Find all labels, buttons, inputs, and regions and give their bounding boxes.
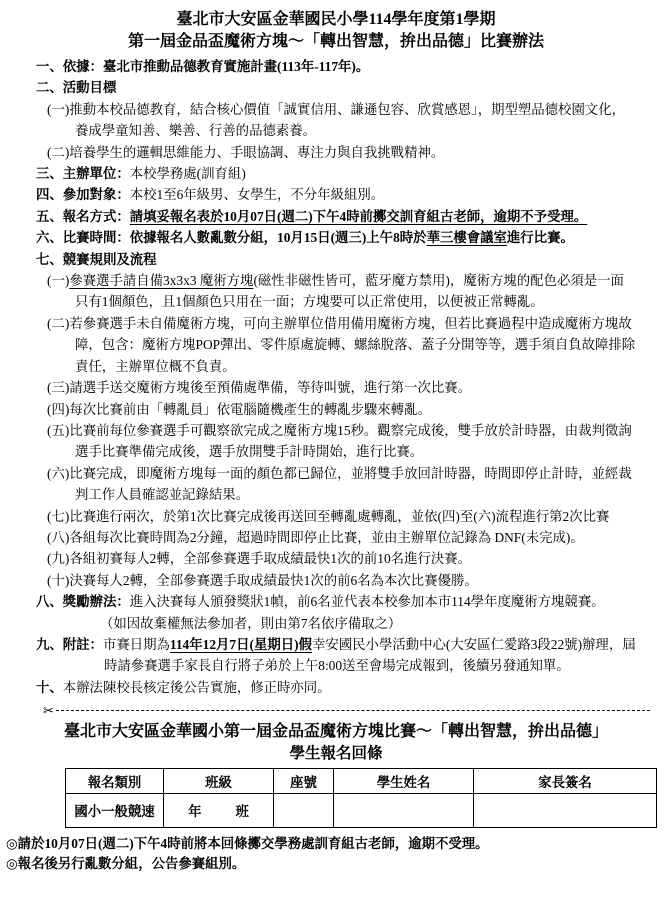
reply-note-1: ◎請於10月07日(週二)下午4時前將本回條擲交學務處訓育組古老師，逾期不受理。 — [6, 834, 636, 854]
goal-item-2: (二)培養學生的邏輯思維能力、手眼協調、專注力與自我挑戰精神。 — [47, 142, 636, 163]
header-cell-student-name: 學生姓名 — [334, 769, 474, 794]
cell-seat — [274, 794, 334, 828]
section-organizer: 三、主辦單位：本校學務處(訓育組) — [36, 163, 636, 184]
document-title-line2: 第一屆金品盃魔術方塊～「轉出智慧，拚出品德」比賽辦法 — [36, 31, 636, 53]
cell-class-ban: 班 — [236, 804, 249, 819]
section-approval-text: 本辦法陳校長核定後公告實施，修正時亦同。 — [63, 680, 331, 695]
rule-item-3: (三)請選手送交魔術方塊後至預備處準備，等待叫號，進行第一次比賽。 — [47, 377, 636, 398]
rule-item-10: (十)決賽每人2轉，全部參賽選手取成績最快1次的前6名為本次比賽優勝。 — [47, 570, 636, 591]
document-body: 一、依據：臺北市推動品德教育實施計畫(113年-117年)。 二、活動目標 (一… — [36, 56, 636, 698]
rule-item-1-underlined: 參賽選手請自備3x3x3 魔術方塊 — [69, 273, 253, 288]
table-header-row: 報名類別 班級 座號 學生姓名 家長簽名 — [66, 769, 657, 794]
section-awards-label: 八、獎勵辦法： — [36, 594, 130, 609]
rule-item-1: (一)參賽選手請自備3x3x3 魔術方塊(磁性非磁性皆可，藍牙魔方禁用)，魔術方… — [47, 270, 636, 313]
reply-note-2: ◎報名後另行亂數分組，公告參賽組別。 — [6, 854, 636, 874]
header-cell-category: 報名類別 — [66, 769, 164, 794]
rule-item-5: (五)比賽前每位參賽選手可觀察欲完成之魔術方塊15秒。觀察完成後，雙手放於計時器… — [47, 420, 636, 463]
awards-note: （如因故棄權無法參加者，則由第7名依序備取之） — [100, 613, 636, 634]
document-page: 臺北市大安區金華國民小學114學年度第1學期 第一屆金品盃魔術方塊～「轉出智慧，… — [0, 0, 664, 873]
table-data-row: 國小一般競速 年班 — [66, 794, 657, 828]
cut-dashed-line — [56, 710, 650, 711]
section-registration: 五、報名方式：請填妥報名表於10月07日(週二)下午4時前擲交訓育組古老師，逾期… — [36, 206, 636, 227]
section-registration-text: 請填妥報名表於10月07日(週二)下午4時前擲交訓育組古老師，逾期不予受理。 — [130, 209, 588, 224]
rule-item-8: (八)各組每次比賽時間為2分鐘，超過時間即停止比賽，並由主辦單位記錄為 DNF(… — [47, 527, 636, 548]
section-time-venue: 華三樓會議室 — [427, 230, 507, 245]
section-time-text-pre: 依據報名人數亂數分組，10月15日(週三)上午8時於 — [130, 230, 427, 245]
section-remarks-pre: 市賽日期為 — [103, 637, 170, 652]
header-cell-class: 班級 — [164, 769, 274, 794]
reply-form-table: 報名類別 班級 座號 學生姓名 家長簽名 國小一般競速 年班 — [65, 768, 657, 828]
cell-category: 國小一般競速 — [66, 794, 164, 828]
reply-subtitle: 學生報名回條 — [36, 743, 636, 765]
section-awards: 八、獎勵辦法：進入決賽每人頒發獎狀1幀，前6名並代表本校參加本市114學年度魔術… — [36, 591, 636, 612]
reply-notes: ◎請於10月07日(週二)下午4時前將本回條擲交學務處訓育組古老師，逾期不受理。… — [6, 834, 636, 873]
section-approval-label: 十、 — [36, 680, 63, 695]
section-organizer-label: 三、主辦單位： — [36, 166, 130, 181]
header-cell-parent-signature: 家長簽名 — [474, 769, 657, 794]
section-rules-heading: 七、競賽規則及流程 — [36, 249, 636, 270]
section-remarks-label: 九、附註： — [36, 637, 103, 652]
header-cell-seat: 座號 — [274, 769, 334, 794]
cut-line: ✂ — [43, 703, 636, 718]
section-approval: 十、本辦法陳校長核定後公告實施，修正時亦同。 — [36, 677, 636, 698]
section-participants: 四、參加對象：本校1至6年級男、女學生，不分年級組別。 — [36, 184, 636, 205]
rule-item-9: (九)各組初賽每人2轉，全部參賽選手取成績最快1次的前10名進行決賽。 — [47, 548, 636, 569]
section-remarks-date: 114年12月7日(星期日)假 — [170, 637, 312, 652]
section-time-label: 六、比賽時間： — [36, 230, 130, 245]
rule-item-4: (四)每次比賽前由「轉亂員」依電腦隨機產生的轉亂步驟來轉亂。 — [47, 399, 636, 420]
section-awards-text: 進入決賽每人頒發獎狀1幀，前6名並代表本校參加本市114學年度魔術方塊競賽。 — [130, 594, 605, 609]
section-participants-text: 本校1至6年級男、女學生，不分年級組別。 — [130, 187, 384, 202]
section-goals-heading: 二、活動目標 — [36, 77, 636, 98]
scissors-icon: ✂ — [43, 704, 54, 717]
section-basis-label: 一、依據： — [36, 59, 103, 74]
rule-item-7: (七)比賽進行兩次，於第1次比賽完成後再送回至轉亂處轉亂，並依(四)至(六)流程… — [47, 506, 636, 527]
section-participants-label: 四、參加對象： — [36, 187, 130, 202]
section-remarks: 九、附註：市賽日期為114年12月7日(星期日)假幸安國民小學活動中心(大安區仁… — [36, 634, 636, 677]
section-basis: 一、依據：臺北市推動品德教育實施計畫(113年-117年)。 — [36, 56, 636, 77]
cell-class: 年班 — [164, 794, 274, 828]
section-basis-text: 臺北市推動品德教育實施計畫(113年-117年)。 — [103, 59, 369, 74]
cell-class-year: 年 — [188, 804, 201, 819]
document-title-line1: 臺北市大安區金華國民小學114學年度第1學期 — [36, 9, 636, 31]
goal-item-1: (一)推動本校品德教育，結合核心價值「誠實信用、謙遜包容、欣賞感恩」，期型塑品德… — [47, 99, 636, 142]
cell-student-name — [334, 794, 474, 828]
cell-parent-signature — [474, 794, 657, 828]
rule-item-6: (六)比賽完成，即魔術方塊每一面的顏色都已歸位，並將雙手放回計時器，時間即停止計… — [47, 463, 636, 506]
reply-title: 臺北市大安區金華國小第一屆金品盃魔術方塊比賽～「轉出智慧，拚出品德」 — [36, 720, 636, 743]
rule-item-2: (二)若參賽選手未自備魔術方塊，可向主辦單位借用備用魔術方塊，但若比賽過程中造成… — [47, 313, 636, 377]
section-time-text-post: 進行比賽。 — [507, 230, 574, 245]
section-registration-label: 五、報名方式： — [36, 209, 130, 224]
section-organizer-text: 本校學務處(訓育組) — [130, 166, 246, 181]
section-competition-time: 六、比賽時間：依據報名人數亂數分組，10月15日(週三)上午8時於華三樓會議室進… — [36, 227, 636, 248]
